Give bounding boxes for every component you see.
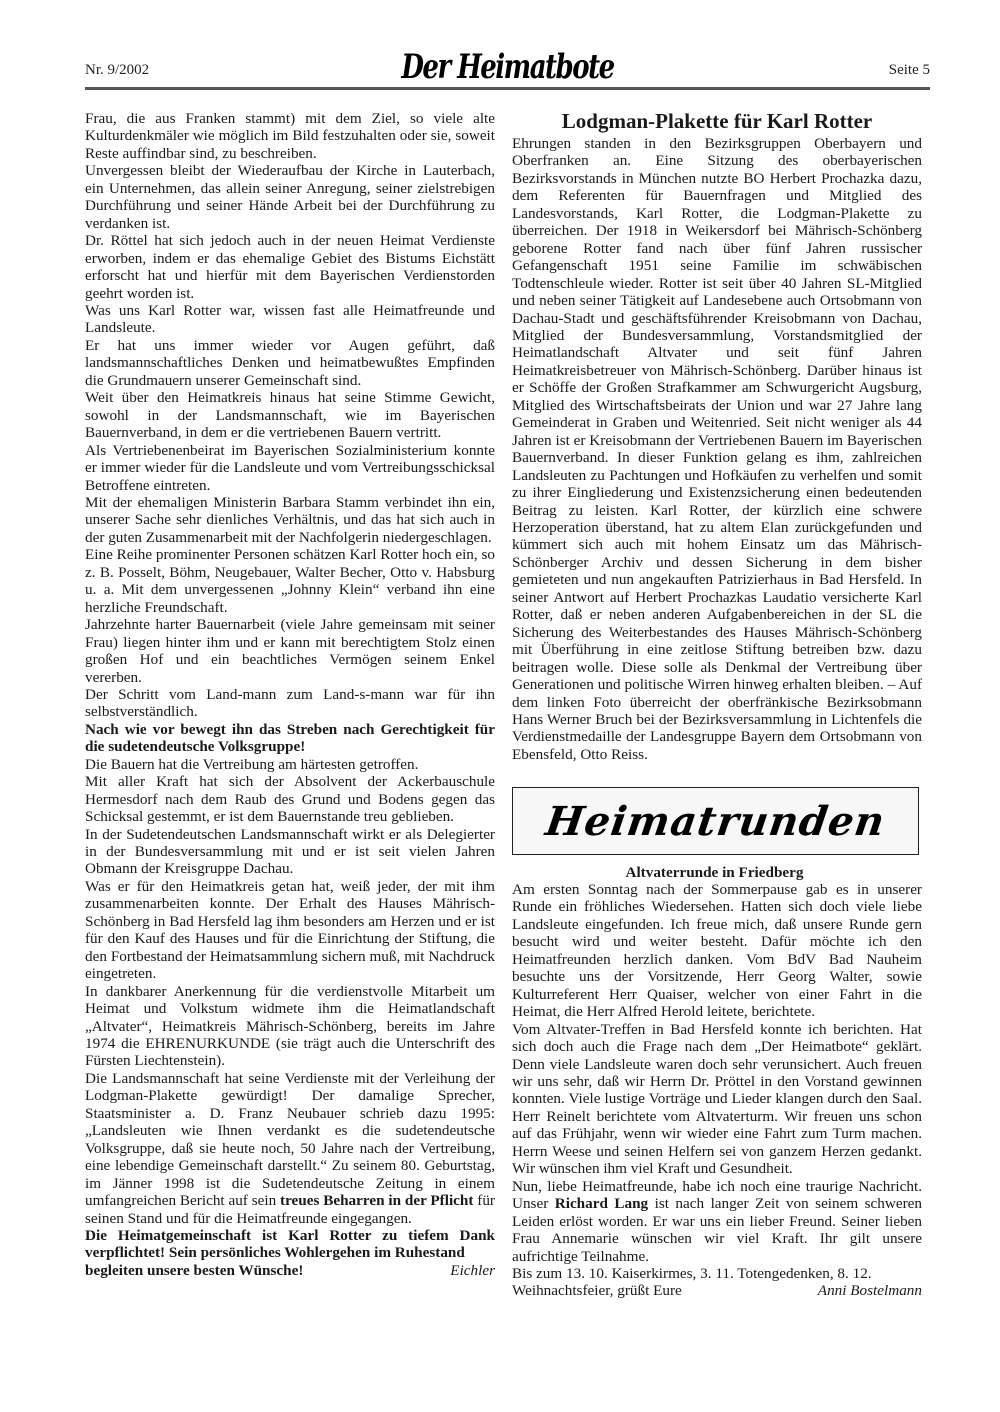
paragraph: Unvergessen bleibt der Wiederaufbau der … [85,162,495,232]
header-rule [85,87,930,90]
closing-signature-row: begleiten unsere besten Wünsche! Eichler [85,1262,495,1279]
bold-statement: Nach wie vor bewegt ihn das Streben nach… [85,721,495,756]
paragraph: Jahrzehnte harter Bauernarbeit (viele Ja… [85,616,495,686]
paragraph: Als Vertriebenenbeirat im Bayerischen So… [85,442,495,494]
page-number: Seite 5 [889,62,930,79]
closing-statement: Die Heimatgemeinschaft ist Karl Rotter z… [85,1227,495,1262]
article-body: Ehrungen standen in den Bezirksgruppen O… [512,135,922,763]
heimatrunden-article: Am ersten Sonntag nach der Sommerpause g… [512,881,922,1300]
right-column-article: Lodgman-Plakette für Karl Rotter Ehrunge… [512,108,922,763]
author-signature: Anni Bostelmann [818,1282,922,1299]
paragraph: Frau, die aus Franken stammt) mit dem Zi… [85,110,495,162]
left-column-article: Frau, die aus Franken stammt) mit dem Zi… [85,110,495,1279]
article-title: Lodgman-Plakette für Karl Rotter [512,108,922,134]
paragraph: Was er für den Heimatkreis getan hat, we… [85,878,495,983]
section-banner-title: Heimatrunden [543,798,889,845]
dates-line: Bis zum 13. 10. Kaiserkirmes, 3. 11. Tot… [512,1265,922,1282]
paragraph: Mit der ehemaligen Ministerin Barbara St… [85,494,495,546]
page-header: Nr. 9/2002 Der Heimatbote Seite 5 [85,48,930,90]
paragraph: Nun, liebe Heimatfreunde, habe ich noch … [512,1178,922,1265]
paragraph: Die Bauern hat die Vertreibung am härtes… [85,756,495,773]
text-run: Die Landsmannschaft hat seine Verdienste… [85,1070,495,1209]
paragraph: Er hat uns immer wieder vor Augen geführ… [85,337,495,389]
paragraph: Die Landsmannschaft hat seine Verdienste… [85,1070,495,1227]
paragraph: Mit aller Kraft hat sich der Absolvent d… [85,773,495,825]
paragraph: In der Sudetendeutschen Landsmannschaft … [85,826,495,878]
paragraph: Weit über den Heimatkreis hinaus hat sei… [85,389,495,441]
subsection-title: Altvaterrunde in Friedberg [512,864,917,882]
greeting: Weihnachtsfeier, grüßt Eure [512,1282,682,1299]
masthead-title: Der Heimatbote [85,48,930,87]
closing-statement-end: begleiten unsere besten Wünsche! [85,1262,303,1279]
greeting-row: Weihnachtsfeier, grüßt Eure Anni Bostelm… [512,1282,922,1299]
paragraph: In dankbarer Anerkennung für die verdien… [85,983,495,1070]
section-banner: Heimatrunden [512,787,919,855]
paragraph: Der Schritt vom Land-mann zum Land-s-man… [85,686,495,721]
paragraph: Am ersten Sonntag nach der Sommerpause g… [512,881,922,1021]
deceased-name: Richard Lang [555,1195,648,1212]
bold-phrase: treues Beharren in der Pflicht [280,1192,473,1209]
paragraph: Was uns Karl Rotter war, wissen fast all… [85,302,495,337]
paragraph: Vom Altvater-Treffen in Bad Hersfeld kon… [512,1021,922,1178]
paragraph: Dr. Röttel hat sich jedoch auch in der n… [85,232,495,302]
paragraph: Eine Reihe prominenter Personen schätzen… [85,546,495,616]
author-signature: Eichler [450,1262,495,1279]
